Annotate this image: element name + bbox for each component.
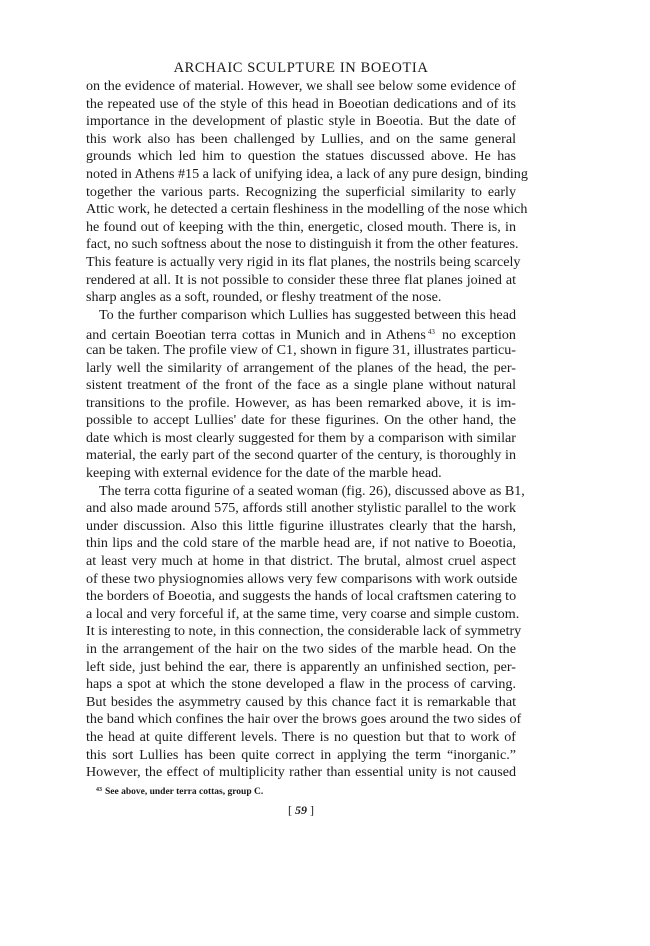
- text-line: under discussion. Also this little figur…: [86, 518, 516, 536]
- text-line: date which is most clearly suggested for…: [86, 430, 516, 448]
- text-line: the repeated use of the style of this he…: [86, 96, 516, 114]
- text-line: can be taken. The profile view of C1, sh…: [86, 342, 516, 360]
- text-line: he found out of keeping with the thin, e…: [86, 219, 516, 237]
- text-line: in the arrangement of the hair on the tw…: [86, 641, 516, 659]
- text-line: To the further comparison which Lullies …: [86, 307, 516, 325]
- paragraph-3: The terra cotta figurine of a seated wom…: [86, 483, 516, 782]
- running-head: ARCHAIC SCULPTURE IN BOEOTIA: [86, 58, 516, 78]
- text-line: keeping with external evidence for the d…: [86, 465, 516, 483]
- text-line: material, the early part of the second q…: [86, 447, 516, 465]
- text-line: this sort Lullies has been quite correct…: [86, 747, 516, 765]
- paragraph-1: on the evidence of material. However, we…: [86, 78, 516, 307]
- text-line: transitions to the profile. However, as …: [86, 395, 516, 413]
- page-number-value: 59: [295, 803, 307, 817]
- text-line-with-footnote-ref: and certain Boeotian terra cottas in Mun…: [86, 324, 516, 342]
- text-line: thin lips and the cold stare of the marb…: [86, 535, 516, 553]
- text-line: Attic work, he detected a certain fleshi…: [86, 201, 516, 219]
- text-line: and also made around 575, affords still …: [86, 500, 516, 518]
- text-line: haps a spot at which the stone developed…: [86, 676, 516, 694]
- text-line: the borders of Boeotia, and suggests the…: [86, 588, 516, 606]
- page: ARCHAIC SCULPTURE IN BOEOTIA on the evid…: [86, 58, 516, 818]
- text-line: together the various parts. Recognizing …: [86, 184, 516, 202]
- text-line: sistent treatment of the front of the fa…: [86, 377, 516, 395]
- text-line: the band which confines the hair over th…: [86, 711, 516, 729]
- text-line: noted in Athens #15 a lack of unifying i…: [86, 166, 516, 184]
- text-line: a local and very forceful if, at the sam…: [86, 606, 516, 624]
- text-line: on the evidence of material. However, we…: [86, 78, 516, 96]
- text-line: at least very much at home in that distr…: [86, 553, 516, 571]
- page-number-bracket-open: [: [288, 803, 295, 817]
- text-fragment: no exception: [437, 327, 516, 343]
- text-line: rendered at all. It is not possible to c…: [86, 272, 516, 290]
- text-line: fact, no such softness about the nose to…: [86, 236, 516, 254]
- paragraph-2: To the further comparison which Lullies …: [86, 307, 516, 483]
- footnote: 43See above, under terra cottas, group C…: [86, 784, 516, 799]
- text-line: left side, just behind the ear, there is…: [86, 659, 516, 677]
- text-line: However, the effect of multiplicity rath…: [86, 764, 516, 782]
- footnote-text: See above, under terra cottas, group C.: [105, 787, 263, 797]
- text-line: grounds which led him to question the st…: [86, 148, 516, 166]
- text-line: importance in the development of plastic…: [86, 113, 516, 131]
- footnote-reference[interactable]: 43: [428, 328, 435, 336]
- text-line: This feature is actually very rigid in i…: [86, 254, 516, 272]
- text-line: The terra cotta figurine of a seated wom…: [86, 483, 516, 501]
- text-line: possible to accept Lullies' date for the…: [86, 412, 516, 430]
- text-line: sharp angles as a soft, rounded, or fles…: [86, 289, 516, 307]
- footnote-number: 43: [96, 787, 102, 793]
- text-fragment: and certain Boeotian terra cottas in Mun…: [86, 327, 426, 343]
- text-line: this work also has been challenged by Lu…: [86, 131, 516, 149]
- text-line: But besides the asymmetry caused by this…: [86, 694, 516, 712]
- text-line: the head at quite different levels. Ther…: [86, 729, 516, 747]
- text-line: of these two physiognomies allows very f…: [86, 571, 516, 589]
- body-text: on the evidence of material. However, we…: [86, 78, 516, 782]
- text-line: It is interesting to note, in this conne…: [86, 623, 516, 641]
- page-number-bracket-close: ]: [307, 803, 314, 817]
- text-line: larly well the similarity of arrangement…: [86, 360, 516, 378]
- page-number: [ 59 ]: [86, 803, 516, 818]
